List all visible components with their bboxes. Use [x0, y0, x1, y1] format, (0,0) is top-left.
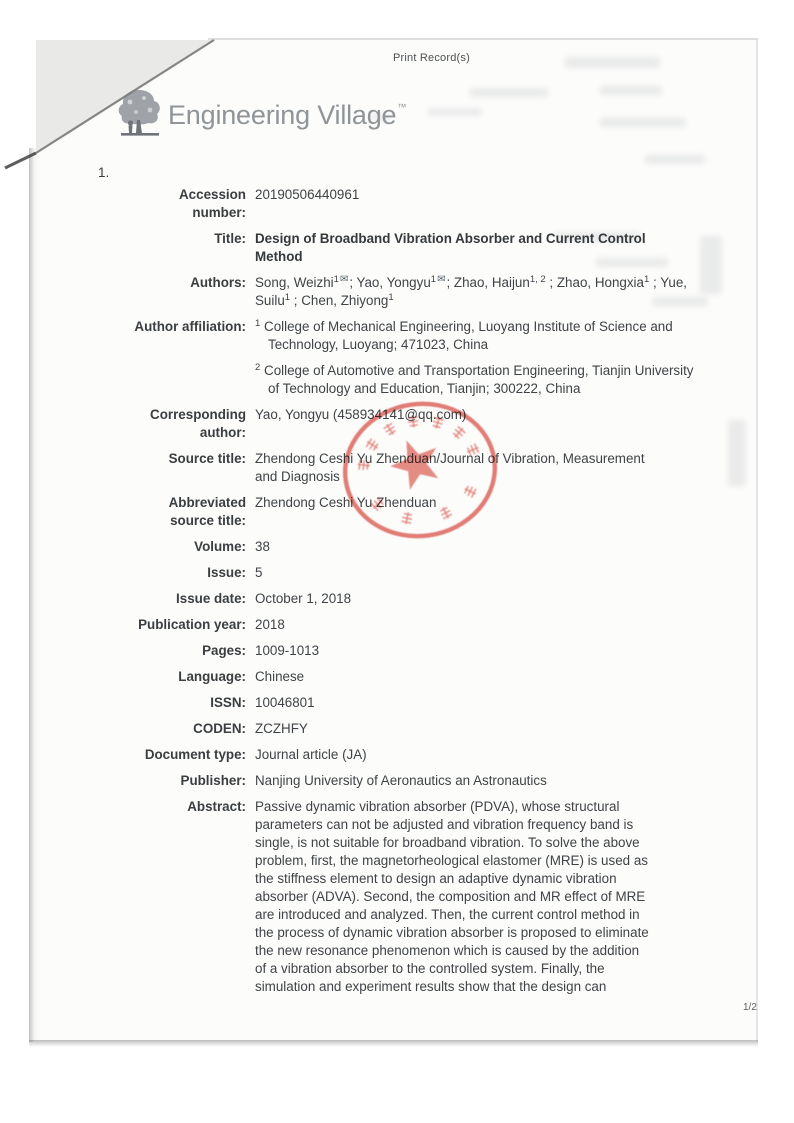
author-affiliation-superscript: 1 — [388, 292, 393, 303]
field-label: Issue date: — [80, 590, 246, 608]
field-label-line: Language: — [80, 668, 246, 686]
field-value-line: parameters can not be adjusted and vibra… — [255, 816, 702, 834]
field-label-line: Publisher: — [80, 772, 246, 790]
page-indicator: 1/2 — [743, 1002, 757, 1013]
stamp-character-mark — [438, 505, 452, 520]
field-value: 20190506440961 — [255, 186, 702, 222]
field-row: Issue date:October 1, 2018 — [80, 590, 712, 608]
stamp-character-mark — [465, 443, 480, 457]
field-label-line: Document type: — [80, 746, 246, 764]
field-value: ZCZHFY — [255, 720, 702, 738]
field-label-line: Abbreviated — [80, 494, 246, 512]
field-label-line: Author affiliation: — [80, 318, 246, 336]
stamp-character-mark — [451, 425, 466, 441]
field-label-line: Source title: — [80, 450, 246, 468]
field-label-line: Pages: — [80, 642, 246, 660]
stamp-character-mark — [431, 415, 444, 429]
author-name: Song, Weizhi — [255, 275, 334, 290]
field-label-line: source title: — [80, 512, 246, 530]
field-row: Document type:Journal article (JA) — [80, 746, 712, 764]
bleed-through-artifact — [728, 420, 746, 486]
field-label: Abbreviatedsource title: — [80, 494, 246, 530]
stamp-character-mark — [382, 422, 397, 438]
bleed-through-artifact — [470, 88, 548, 97]
field-label-line: Corresponding — [80, 406, 246, 424]
field-row: ISSN:10046801 — [80, 694, 712, 712]
author-name: Zhao, Haijun — [454, 275, 530, 290]
page-top-edge — [208, 38, 758, 40]
elsevier-tree-icon — [114, 88, 164, 140]
field-value: Song, Weizhi1✉; Yao, Yongyu1✉; Zhao, Hai… — [255, 274, 702, 310]
field-value: Nanjing University of Aeronautics an Ast… — [255, 772, 702, 790]
field-value-line: Design of Broadband Vibration Absorber a… — [255, 230, 702, 248]
field-row: Accessionnumber:20190506440961 — [80, 186, 712, 222]
field-value: 10046801 — [255, 694, 702, 712]
field-label: Abstract: — [80, 798, 246, 996]
field-label: CODEN: — [80, 720, 246, 738]
mail-icon: ✉ — [340, 274, 348, 285]
affiliation-item: 1 College of Mechanical Engineering, Luo… — [255, 318, 702, 354]
author-affiliation-superscript: 1, 2 — [530, 274, 546, 285]
field-label: Source title: — [80, 450, 246, 486]
field-label-line: Authors: — [80, 274, 246, 292]
field-label-line: Volume: — [80, 538, 246, 556]
page-left-shadow — [29, 148, 39, 1042]
field-row: Title:Design of Broadband Vibration Abso… — [80, 230, 712, 266]
star-icon — [384, 431, 447, 493]
field-label: Author affiliation: — [80, 318, 246, 398]
stamp-character-mark — [407, 415, 419, 428]
stamp-character-mark — [370, 497, 386, 512]
field-label: Language: — [80, 668, 246, 686]
field-value-line: absorber (ADVA). Second, the composition… — [255, 888, 702, 906]
author-affiliation-superscript: 1 — [431, 274, 436, 285]
field-value-line: Method — [255, 248, 702, 266]
field-value: 2018 — [255, 616, 702, 634]
field-label-line: ISSN: — [80, 694, 246, 712]
field-label: Publisher: — [80, 772, 246, 790]
bleed-through-artifact — [565, 57, 660, 68]
author-affiliation-superscript: 1 — [334, 274, 339, 285]
field-row: Publication year:2018 — [80, 616, 712, 634]
field-value: Journal article (JA) — [255, 746, 702, 764]
field-label-line: Abstract: — [80, 798, 246, 816]
field-value-line: are introduced and analyzed. Then, the c… — [255, 906, 702, 924]
field-label-line: Issue date: — [80, 590, 246, 608]
bleed-through-artifact — [428, 108, 482, 116]
bleed-through-artifact — [600, 86, 662, 95]
page-bottom-shadow — [29, 1040, 758, 1047]
field-value: Passive dynamic vibration absorber (PDVA… — [255, 798, 702, 996]
field-label-line: CODEN: — [80, 720, 246, 738]
author-affiliation-superscript: 1 — [285, 292, 290, 303]
affiliation-superscript: 1 — [255, 318, 260, 329]
record-index: 1. — [98, 165, 109, 180]
mail-icon: ✉ — [437, 274, 445, 285]
bleed-through-artifact — [645, 155, 705, 164]
record-fields: Accessionnumber:20190506440961Title:Desi… — [80, 186, 712, 1004]
field-value-line: the new resonance phenomenon which is ca… — [255, 942, 702, 960]
field-value-line: problem, first, the magnetorheological e… — [255, 852, 702, 870]
field-label-line: Accession — [80, 186, 246, 204]
field-label: Document type: — [80, 746, 246, 764]
field-label: Pages: — [80, 642, 246, 660]
field-label: Accessionnumber: — [80, 186, 246, 222]
field-value-line: the process of dynamic vibration absorbe… — [255, 924, 702, 942]
field-value-line: the stiffness element to design an adapt… — [255, 870, 702, 888]
field-value: 1009-1013 — [255, 642, 702, 660]
trademark-symbol: ™ — [397, 102, 406, 112]
field-row: Authors:Song, Weizhi1✉; Yao, Yongyu1✉; Z… — [80, 274, 712, 310]
field-label: Volume: — [80, 538, 246, 556]
field-label: ISSN: — [80, 694, 246, 712]
field-row: CODEN:ZCZHFY — [80, 720, 712, 738]
bleed-through-artifact — [600, 118, 686, 127]
field-label-line: Publication year: — [80, 616, 246, 634]
field-value-line: single, is not suitable for broadband vi… — [255, 834, 702, 852]
field-label-line: number: — [80, 204, 246, 222]
author-name: Yao, Yongyu — [357, 275, 431, 290]
author-name: Chen, Zhiyong — [301, 293, 388, 308]
field-label: Publication year: — [80, 616, 246, 634]
logo-text: Engineering Village™ — [168, 82, 406, 140]
field-label-line: Title: — [80, 230, 246, 248]
field-label-line: author: — [80, 424, 246, 442]
affiliation-superscript: 2 — [255, 362, 260, 373]
stamp-character-mark — [463, 484, 478, 498]
field-value: Chinese — [255, 668, 702, 686]
engineering-village-logo: Engineering Village™ — [114, 86, 406, 140]
page-right-edge — [756, 40, 758, 1042]
field-label-line: Issue: — [80, 564, 246, 582]
field-label: Issue: — [80, 564, 246, 582]
field-label: Authors: — [80, 274, 246, 310]
red-seal-stamp — [328, 383, 528, 573]
author-affiliation-superscript: 1 — [644, 274, 649, 285]
field-label: Correspondingauthor: — [80, 406, 246, 442]
stamp-character-mark — [401, 511, 413, 525]
stamp-character-mark — [365, 437, 380, 452]
stamp-character-mark — [357, 459, 370, 470]
field-value: October 1, 2018 — [255, 590, 702, 608]
field-row: Language:Chinese — [80, 668, 712, 686]
author-name: Zhao, Hongxia — [557, 275, 644, 290]
field-value-line: simulation and experiment results show t… — [255, 978, 702, 996]
field-row: Pages:1009-1013 — [80, 642, 712, 660]
field-row: Abstract:Passive dynamic vibration absor… — [80, 798, 712, 996]
print-record-header: Print Record(s) — [393, 52, 470, 64]
field-label: Title: — [80, 230, 246, 266]
field-value-line: of a vibration absorber to the controlle… — [255, 960, 702, 978]
field-row: Publisher:Nanjing University of Aeronaut… — [80, 772, 712, 790]
field-value: Design of Broadband Vibration Absorber a… — [255, 230, 702, 266]
field-value-line: Passive dynamic vibration absorber (PDVA… — [255, 798, 702, 816]
